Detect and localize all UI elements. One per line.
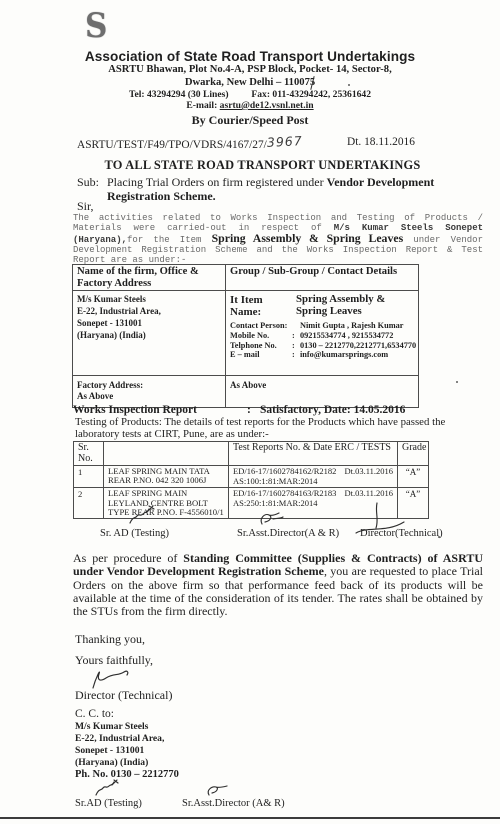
email-label: E-mail: xyxy=(186,100,219,111)
ref-number: ASRTU/TEST/F49/TPO/VDRS/4167/27/ xyxy=(77,139,267,151)
asrtu-logo-icon: S xyxy=(85,10,107,43)
firm-details-table: Name of the firm, Office & Factory Addre… xyxy=(72,264,419,408)
page-bottom-line xyxy=(0,817,500,819)
item-name-bold: Spring Assembly & Spring Leaves xyxy=(212,231,404,245)
cc-phone-line: Ph. No. 0130 – 2212770 xyxy=(75,769,179,780)
addressee-line: TO ALL STATE ROAD TRANSPORT UNDERTAKINGS xyxy=(75,158,450,173)
testing-of-products-text: Testing of Products: The details of test… xyxy=(75,416,467,441)
contact-person-row: Contact Person: Nimit Gupta , Rajesh Kum… xyxy=(230,321,414,331)
subject-line-2: Registration Scheme. xyxy=(107,190,447,204)
thanking-you: Thanking you, xyxy=(75,632,145,647)
subject-text-bold: Vendor Development xyxy=(327,175,435,189)
report-date: Dt.03.11.2016 xyxy=(344,467,393,477)
fax-number: Fax: 011-43294242, 25361642 xyxy=(251,89,371,100)
firm-address-cell: M/s Kumar Steels E-22, Industrial Area, … xyxy=(73,291,226,376)
signature-scribble xyxy=(205,785,231,798)
test-table-header-grade: Grade xyxy=(398,442,429,466)
contact-value: Nimit Gupta , Rajesh Kumar xyxy=(300,321,414,331)
bottom-signature-label: Sr.AD (Testing) xyxy=(75,798,142,809)
ink-dot xyxy=(456,381,458,383)
closing-seg: As per procedure of xyxy=(73,551,183,565)
dispatch-mode: By Courier/Speed Post xyxy=(0,113,500,128)
contact-value: info@kumarsprings.com xyxy=(300,350,414,360)
contact-sep: : xyxy=(292,341,300,351)
subject-text: Placing Trial Orders on firm registered … xyxy=(107,175,327,189)
mid-signature-label: Sr.Asst.Director(A & R) xyxy=(237,528,339,539)
ink-dot xyxy=(348,84,350,86)
cc-line: (Haryana) (India) xyxy=(75,757,179,769)
signature-scribble xyxy=(85,666,131,690)
cc-block: M/s Kumar Steels E-22, Industrial Area, … xyxy=(75,721,179,780)
factory-address-value: As Above xyxy=(77,391,221,402)
firm-address-line: (Haryana) (India) xyxy=(77,328,221,340)
contact-label: Telphone No. xyxy=(230,341,292,351)
firm-table-col1-header: Name of the firm, Office & Factory Addre… xyxy=(73,265,226,291)
grade-cell: “A” xyxy=(398,466,429,488)
contact-label: E – mail xyxy=(230,350,292,360)
item-name-row: It Item Name: Spring Assembly & Spring L… xyxy=(230,292,414,318)
signatory-title: Director (Technical) xyxy=(75,688,172,703)
subject-line-1: Placing Trial Orders on firm registered … xyxy=(107,176,447,190)
firm-address-line: E-22, Industrial Area, xyxy=(77,304,221,316)
factory-address-label: Factory Address: xyxy=(77,377,221,391)
address-city: Dwarka, New Delhi – 11007 xyxy=(185,77,310,88)
contact-sep xyxy=(292,321,300,331)
signature-scribble xyxy=(128,505,156,527)
test-table-header-sr: Sr. No. xyxy=(74,442,104,466)
intro-seg: for the Item xyxy=(127,235,212,245)
firm-table-col2-header: Group / Sub-Group / Contact Details xyxy=(226,265,419,291)
factory-col2-value: As Above xyxy=(230,377,414,391)
contact-label: Mobile No. xyxy=(230,331,292,341)
salutation: Sir, xyxy=(77,199,94,214)
report-spec: AS:100:1:81:MAR:2014 xyxy=(233,477,393,487)
item-name-label: It Item Name: xyxy=(230,294,296,318)
sr-cell: 2 xyxy=(74,488,104,519)
item-name-value: Spring Assembly & Spring Leaves xyxy=(296,294,414,318)
intro-paragraph: The activities related to Works Inspecti… xyxy=(73,213,483,265)
signature-scribble xyxy=(94,779,120,798)
mid-signature-label: Sr. AD (Testing) xyxy=(100,528,169,539)
address-line-2: Dwarka, New Delhi – 110075 xyxy=(0,77,500,88)
tel-fax-line: Tel: 43294294 (30 Lines) Fax: 011-432942… xyxy=(0,89,500,100)
firm-address-line: M/s Kumar Steels xyxy=(77,292,221,304)
contact-value: 09215534774 , 9215534772 xyxy=(300,331,414,341)
contact-sep: : xyxy=(292,331,300,341)
bottom-signature-label: Sr.Asst.Director (A& R) xyxy=(182,798,285,809)
ref-line: ASRTU/TEST/F49/TPO/VDRS/4167/27/3967 xyxy=(77,136,303,151)
cc-line: M/s Kumar Steels xyxy=(75,721,179,733)
contact-label: Contact Person: xyxy=(230,321,292,331)
letter-date: Dt. 18.11.2016 xyxy=(347,136,415,148)
table-row: 1 LEAF SPRING MAIN TATA REAR P.NO. 042 3… xyxy=(74,466,429,488)
pincode-corrected-digit: 5 xyxy=(310,77,315,88)
works-inspection-label: Works Inspection Report xyxy=(73,404,197,416)
contact-sep: : xyxy=(292,350,300,360)
email-row: E – mail : info@kumarsprings.com xyxy=(230,350,414,360)
works-inspection-colon: : xyxy=(247,404,251,416)
email-address: asrtu@de12.vsnl.net.in xyxy=(220,100,314,111)
ink-dot xyxy=(438,536,440,538)
subject-block: Sub: Placing Trial Orders on firm regist… xyxy=(77,176,447,203)
test-table-header-desc xyxy=(104,442,229,466)
signature-scribble xyxy=(258,512,286,527)
cc-line: Sonepet - 131001 xyxy=(75,745,179,757)
contact-details-cell: It Item Name: Spring Assembly & Spring L… xyxy=(226,291,419,376)
cc-line: E-22, Industrial Area, xyxy=(75,733,179,745)
address-line-1: ASRTU Bhawan, Plot No.4-A, PSP Block, Po… xyxy=(0,64,500,75)
cc-label: C. C. to: xyxy=(75,708,114,720)
product-desc-cell: LEAF SPRING MAIN TATA REAR P.NO. 042 320… xyxy=(104,466,229,488)
mid-signature-label: Director(Technical) xyxy=(360,528,443,539)
tel-number: Tel: 43294294 (30 Lines) xyxy=(129,89,229,100)
report-date: Dt.03.11.2016 xyxy=(344,489,393,499)
test-table-header-reports: Test Reports No. & Date ERC / TESTS xyxy=(229,442,398,466)
ref-number-handwritten: 3967 xyxy=(266,133,303,150)
scanned-letter-page: S Association of State Road Transport Un… xyxy=(0,0,500,824)
report-cell: ED/16-17/1602784162/R2182 Dt.03.11.2016 … xyxy=(229,466,398,488)
contact-value: 0130 – 2212770,2212771,6534770 xyxy=(300,341,416,351)
works-inspection-value: Satisfactory, Date: 14.05.2016 xyxy=(260,404,405,416)
mobile-row: Mobile No. : 09215534774 , 9215534772 xyxy=(230,331,414,341)
closing-paragraph: As per procedure of Standing Committee (… xyxy=(73,552,483,618)
factory-address-cell: Factory Address: As Above xyxy=(73,376,226,408)
product-desc-cell: LEAF SPRING MAIN LEYLAND CENTRE BOLT TYP… xyxy=(104,488,229,519)
org-name: Association of State Road Transport Unde… xyxy=(0,49,500,64)
telephone-row: Telphone No. : 0130 – 2212770,2212771,65… xyxy=(230,341,414,351)
firm-address-line: Sonepet - 131001 xyxy=(77,316,221,328)
sr-cell: 1 xyxy=(74,466,104,488)
factory-col2-cell: As Above xyxy=(226,376,419,408)
email-line: E-mail: asrtu@de12.vsnl.net.in xyxy=(0,100,500,111)
